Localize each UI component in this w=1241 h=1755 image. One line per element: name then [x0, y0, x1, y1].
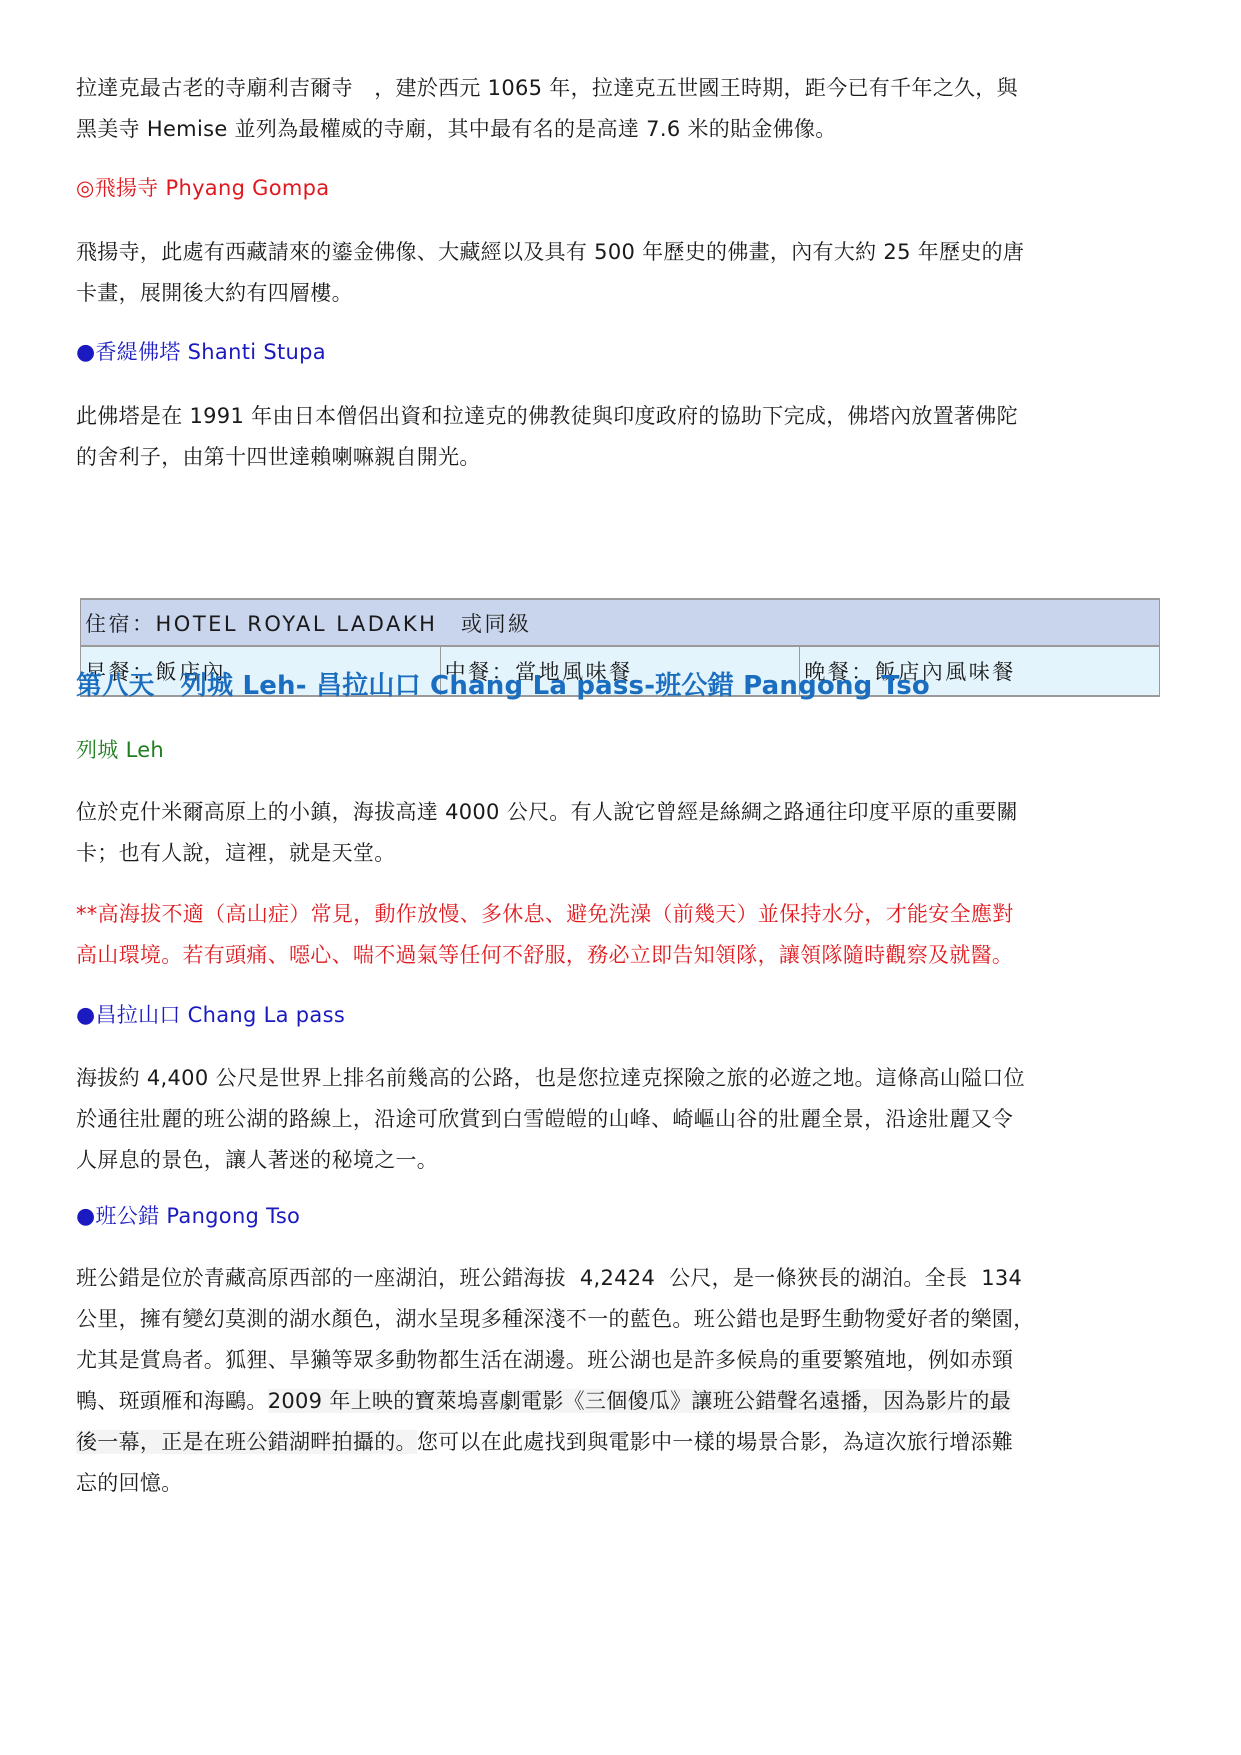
shanti-heading-text: 香緹佛塔 Shanti Stupa — [96, 340, 326, 364]
leh-paragraph: 位於克什米爾高原上的小鎮，海拔高達 4000 公尺。有人說它曾經是絲綢之路通往印… — [76, 792, 1166, 874]
hotel-cell: 住宿：HOTEL ROYAL LADAKH 或同級 — [81, 599, 1160, 646]
bullet-icon: ● — [76, 1204, 96, 1229]
leh-line-2: 卡；也有人說，這裡，就是天堂。 — [76, 833, 1166, 874]
day-title: 第八天 列城 Leh- 昌拉山口 Chang La pass-班公錯 Pango… — [76, 666, 930, 706]
shanti-paragraph: 此佛塔是在 1991 年由日本僧侶出資和拉達克的佛教徒與印度政府的協助下完成，佛… — [76, 396, 1166, 478]
bullet-icon: ● — [76, 1003, 96, 1028]
bullet-icon: ● — [76, 340, 96, 365]
changla-paragraph: 海拔約 4,400 公尺是世界上排名前幾高的公路，也是您拉達克探險之旅的必遊之地… — [76, 1058, 1166, 1181]
shanti-heading: ●香緹佛塔 Shanti Stupa — [76, 332, 1166, 373]
intro-paragraph: 拉達克最古老的寺廟利吉爾寺 ，建於西元 1065 年，拉達克五世國王時期，距今已… — [76, 68, 1166, 150]
shanti-line-1: 此佛塔是在 1991 年由日本僧侶出資和拉達克的佛教徒與印度政府的協助下完成，佛… — [76, 396, 1166, 437]
pangong-line-5-text: 您可以在此處找到與電影中一樣的場景合影，為這次旅行增添難 — [417, 1430, 1013, 1454]
highlighted-text: 2009 年上映的寶萊塢喜劇電影《三個傻瓜》讓班公錯聲名遠播，因為影片的最 — [268, 1389, 1011, 1413]
changla-line-1: 海拔約 4,400 公尺是世界上排名前幾高的公路，也是您拉達克探險之旅的必遊之地… — [76, 1058, 1166, 1099]
pangong-heading: ●班公錯 Pangong Tso — [76, 1196, 1166, 1237]
phyang-paragraph: 飛揚寺，此處有西藏請來的鎏金佛像、大藏經以及具有 500 年歷史的佛畫，內有大約… — [76, 232, 1166, 314]
leh-line-1: 位於克什米爾高原上的小鎮，海拔高達 4000 公尺。有人說它曾經是絲綢之路通往印… — [76, 792, 1166, 833]
intro-line-1: 拉達克最古老的寺廟利吉爾寺 ，建於西元 1065 年，拉達克五世國王時期，距今已… — [76, 68, 1166, 109]
altitude-warning: **高海拔不適（高山症）常見，動作放慢、多休息、避免洗澡（前幾天）並保持水分，才… — [76, 894, 1166, 976]
pangong-line-3: 尤其是賞鳥者。狐狸、旱獺等眾多動物都生活在湖邊。班公湖也是許多候鳥的重要繁殖地，… — [76, 1340, 1166, 1381]
altitude-warning-line-1: **高海拔不適（高山症）常見，動作放慢、多休息、避免洗澡（前幾天）並保持水分，才… — [76, 894, 1166, 935]
hotel-row: 住宿：HOTEL ROYAL LADAKH 或同級 — [81, 599, 1160, 646]
phyang-heading: ◎飛揚寺 Phyang Gompa — [76, 168, 1166, 209]
changla-line-3: 人屏息的景色，讓人著迷的秘境之一。 — [76, 1140, 1166, 1181]
pangong-heading-text: 班公錯 Pangong Tso — [96, 1204, 301, 1228]
leh-heading: 列城 Leh — [76, 730, 1166, 771]
shanti-line-2: 的舍利子，由第十四世達賴喇嘛親自開光。 — [76, 437, 1166, 478]
pangong-line-2: 公里，擁有變幻莫測的湖水顏色，湖水呈現多種深淺不一的藍色。班公錯也是野生動物愛好… — [76, 1299, 1166, 1340]
pangong-line-4: 鴨、斑頭雁和海鷗。2009 年上映的寶萊塢喜劇電影《三個傻瓜》讓班公錯聲名遠播，… — [76, 1381, 1166, 1422]
pangong-line-4-text: 鴨、斑頭雁和海鷗。 — [76, 1389, 268, 1413]
pangong-line-5: 後一幕，正是在班公錯湖畔拍攝的。您可以在此處找到與電影中一樣的場景合影，為這次旅… — [76, 1422, 1166, 1463]
phyang-line-1: 飛揚寺，此處有西藏請來的鎏金佛像、大藏經以及具有 500 年歷史的佛畫，內有大約… — [76, 232, 1166, 273]
altitude-warning-line-2: 高山環境。若有頭痛、噁心、喘不過氣等任何不舒服，務必立即告知領隊，讓領隊隨時觀察… — [76, 935, 1166, 976]
highlighted-text: 後一幕，正是在班公錯湖畔拍攝的。 — [76, 1430, 417, 1454]
changla-line-2: 於通往壯麗的班公湖的路線上，沿途可欣賞到白雪皚皚的山峰、崎嶇山谷的壯麗全景，沿途… — [76, 1099, 1166, 1140]
intro-line-2: 黑美寺 Hemise 並列為最權威的寺廟，其中最有名的是高達 7.6 米的貼金佛… — [76, 109, 1166, 150]
pangong-line-1: 班公錯是位於青藏高原西部的一座湖泊，班公錯海拔 4,2424 公尺，是一條狹長的… — [76, 1258, 1166, 1299]
changla-heading: ●昌拉山口 Chang La pass — [76, 995, 1166, 1036]
pangong-paragraph: 班公錯是位於青藏高原西部的一座湖泊，班公錯海拔 4,2424 公尺，是一條狹長的… — [76, 1258, 1166, 1504]
pangong-line-6: 忘的回憶。 — [76, 1463, 1166, 1504]
phyang-line-2: 卡畫，展開後大約有四層樓。 — [76, 273, 1166, 314]
changla-heading-text: 昌拉山口 Chang La pass — [96, 1003, 346, 1027]
